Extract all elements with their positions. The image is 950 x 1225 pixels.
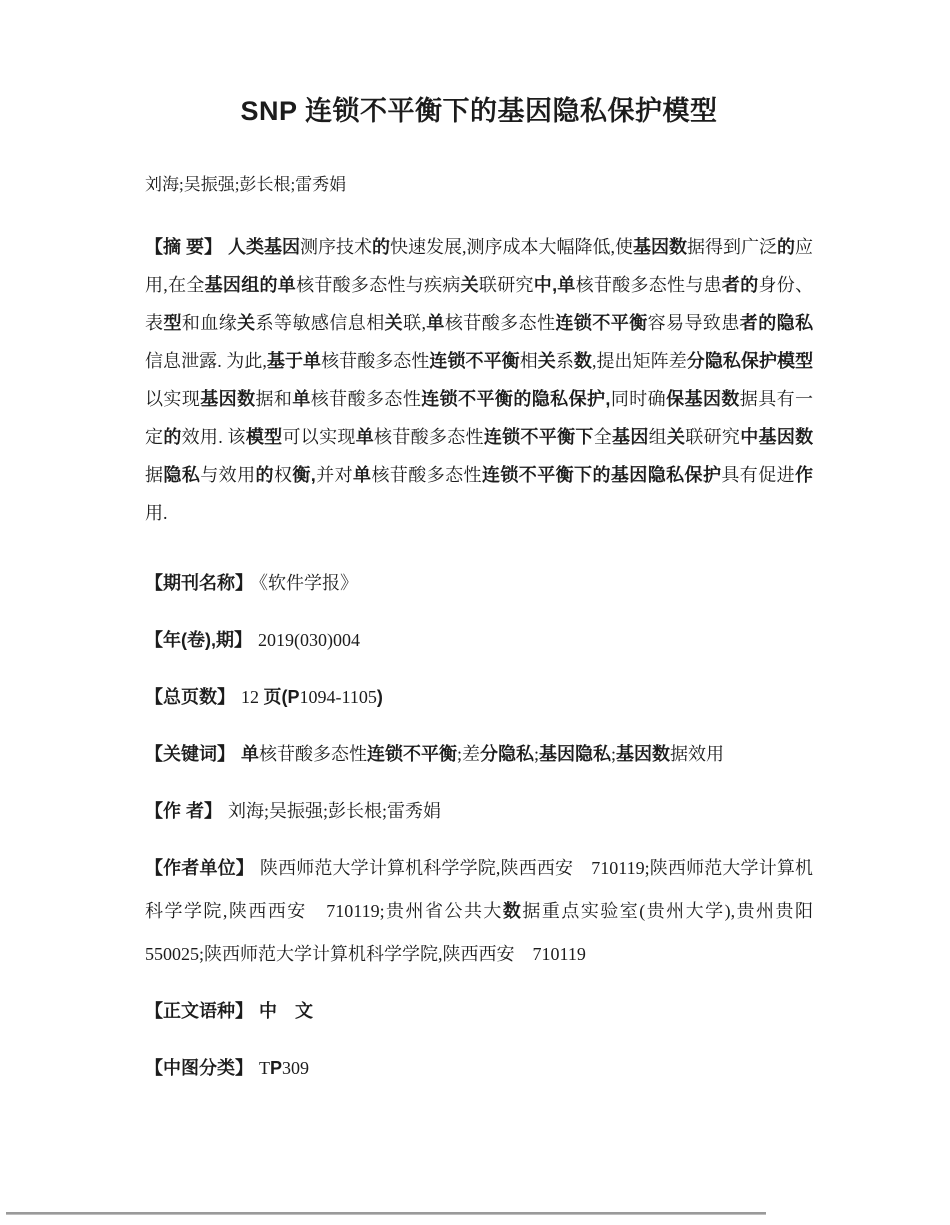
- text-segment: 基因数: [616, 744, 670, 764]
- text-segment: 系: [556, 351, 574, 371]
- text-segment: 的: [777, 237, 795, 257]
- text-segment: 分隐私: [480, 744, 534, 764]
- text-segment: 联研究: [685, 427, 740, 447]
- text-segment: 者的隐私: [740, 313, 813, 333]
- text-segment: 单: [292, 389, 310, 409]
- text-segment: 相: [520, 351, 538, 371]
- text-segment: 基因组的单: [205, 275, 296, 295]
- text-segment: 型: [163, 313, 181, 333]
- text-segment: 中基因数: [740, 427, 813, 447]
- field-affiliations: 【作者单位】陕西师范大学计算机科学学院,陕西西安 710119;陕西师范大学计算…: [145, 847, 813, 976]
- text-segment: 基因: [612, 427, 649, 447]
- text-segment: 用.: [145, 503, 168, 523]
- text-segment: 快速发展,测序成本大幅降低,使: [390, 237, 633, 257]
- abstract-label: 【摘 要】: [145, 237, 228, 257]
- field-label-keywords: 【关键词】: [145, 744, 241, 764]
- text-segment: 关: [385, 313, 403, 333]
- abstract-text: 人类基因测序技术的快速发展,测序成本大幅降低,使基因数据得到广泛的应用,在全基因…: [145, 237, 813, 523]
- text-segment: 关: [667, 427, 685, 447]
- text-segment: 单: [426, 313, 445, 333]
- field-label-clc-classification: 【中图分类】: [145, 1058, 259, 1078]
- field-label-journal-name: 【期刊名称】: [145, 573, 259, 593]
- footer-divider-line: [6, 1212, 766, 1215]
- text-segment: 连锁不平衡: [555, 313, 647, 333]
- text-segment: 保基因数: [666, 389, 740, 409]
- text-segment: 同时确: [610, 389, 666, 409]
- document-content: SNP 连锁不平衡下的基因隐私保护模型 刘海;吴振强;彭长根;雷秀娟 【摘 要】…: [145, 0, 813, 1090]
- text-segment: 权: [274, 465, 292, 485]
- text-segment: 单: [353, 465, 371, 485]
- text-segment: 核苷酸多态性: [321, 351, 429, 371]
- text-segment: 效用. 该: [182, 427, 246, 447]
- text-segment: 者的: [722, 275, 759, 295]
- text-segment: 分隐私保护模型: [687, 351, 813, 371]
- field-total-pages: 【总页数】12 页(P1094-1105): [145, 676, 813, 719]
- text-segment: 基于单: [267, 351, 321, 371]
- field-year-volume-issue: 【年(卷),期】2019(030)004: [145, 619, 813, 662]
- text-segment: 《软件学报》: [259, 573, 358, 593]
- text-segment: 信息泄露. 为此,: [145, 351, 267, 371]
- text-segment: 系等敏感信息相: [256, 313, 385, 333]
- text-segment: 单: [241, 744, 259, 764]
- text-segment: 中,单: [534, 275, 576, 295]
- text-segment: ,提出矩阵差: [592, 351, 687, 371]
- text-segment: 刘海;吴振强;彭长根;雷秀娟: [228, 801, 441, 821]
- text-segment: 以实现: [145, 389, 200, 409]
- text-segment: 连锁不平衡: [367, 744, 457, 764]
- text-segment: ;差: [457, 744, 480, 764]
- paper-title: SNP 连锁不平衡下的基因隐私保护模型: [145, 94, 813, 128]
- text-segment: 核苷酸多态性与疾病: [296, 275, 461, 295]
- text-segment: 可以实现: [282, 427, 355, 447]
- text-segment: 基因数: [200, 389, 255, 409]
- text-segment: 据效用: [670, 744, 724, 764]
- abstract-paragraph: 【摘 要】人类基因测序技术的快速发展,测序成本大幅降低,使基因数据得到广泛的应用…: [145, 228, 813, 532]
- document-page: SNP 连锁不平衡下的基因隐私保护模型 刘海;吴振强;彭长根;雷秀娟 【摘 要】…: [0, 0, 950, 1225]
- text-segment: 的: [163, 427, 181, 447]
- text-segment: 联,: [403, 313, 426, 333]
- text-segment: ): [377, 687, 383, 707]
- text-segment: 据和: [256, 389, 293, 409]
- text-segment: 核苷酸多态性与患: [576, 275, 722, 295]
- text-segment: 全: [594, 427, 612, 447]
- field-label-authors: 【作 者】: [145, 801, 228, 821]
- text-segment: 核苷酸多态性: [311, 389, 422, 409]
- text-segment: 模型: [246, 427, 283, 447]
- text-segment: 核苷酸多态性: [445, 313, 556, 333]
- field-authors: 【作 者】刘海;吴振强;彭长根;雷秀娟: [145, 790, 813, 833]
- text-segment: 309: [282, 1058, 309, 1078]
- text-segment: 具有促进: [721, 465, 795, 485]
- text-segment: 和血缘: [182, 313, 237, 333]
- text-segment: 的: [256, 465, 274, 485]
- text-segment: 联研究: [479, 275, 534, 295]
- authors-line: 刘海;吴振强;彭长根;雷秀娟: [145, 174, 813, 196]
- fields-container: 【期刊名称】《软件学报》【年(卷),期】2019(030)004【总页数】12 …: [145, 562, 813, 1090]
- text-segment: 衡,: [292, 465, 315, 485]
- text-segment: 关: [237, 313, 255, 333]
- text-segment: 连锁不平衡下的基因隐私保护: [482, 465, 721, 485]
- text-segment: 容易导致患: [648, 313, 740, 333]
- text-segment: 连锁不平衡: [429, 351, 519, 371]
- field-keywords: 【关键词】单核苷酸多态性连锁不平衡;差分隐私;基因隐私;基因数据效用: [145, 733, 813, 776]
- text-segment: 核苷酸多态性: [259, 744, 367, 764]
- text-segment: 数: [503, 901, 522, 921]
- text-segment: 基因数: [633, 237, 687, 257]
- text-segment: 1094-1105: [300, 687, 377, 707]
- field-label-language: 【正文语种】: [145, 1001, 259, 1021]
- field-label-affiliations: 【作者单位】: [145, 858, 260, 878]
- text-segment: 核苷酸多态性: [371, 465, 482, 485]
- text-segment: 的: [372, 237, 390, 257]
- text-segment: 测序技术: [300, 237, 372, 257]
- text-segment: T: [259, 1058, 270, 1078]
- text-segment: 页(P: [264, 687, 300, 707]
- field-clc-classification: 【中图分类】TP309: [145, 1047, 813, 1090]
- text-segment: 据: [145, 465, 163, 485]
- text-segment: 核苷酸多态性: [374, 427, 484, 447]
- text-segment: 连锁不平衡的隐私保护,: [421, 389, 610, 409]
- text-segment: 作: [795, 465, 813, 485]
- text-segment: 隐私: [163, 465, 200, 485]
- field-label-total-pages: 【总页数】: [145, 687, 241, 707]
- text-segment: 与效用: [200, 465, 255, 485]
- field-language: 【正文语种】中 文: [145, 990, 813, 1033]
- text-segment: 人类基因: [228, 237, 300, 257]
- text-segment: 单: [356, 427, 374, 447]
- field-label-year-volume-issue: 【年(卷),期】: [145, 630, 258, 650]
- text-segment: 连锁不平衡下: [484, 427, 594, 447]
- text-segment: 据得到广泛: [687, 237, 777, 257]
- text-segment: P: [270, 1058, 282, 1078]
- text-segment: 中 文: [259, 1001, 313, 1021]
- text-segment: 数: [574, 351, 592, 371]
- text-segment: 关: [461, 275, 479, 295]
- text-segment: 关: [538, 351, 556, 371]
- text-segment: 2019(030)004: [258, 630, 360, 650]
- text-segment: 12: [241, 687, 264, 707]
- field-journal-name: 【期刊名称】《软件学报》: [145, 562, 813, 605]
- text-segment: 组: [649, 427, 667, 447]
- text-segment: 并对: [316, 465, 353, 485]
- text-segment: 基因隐私: [539, 744, 611, 764]
